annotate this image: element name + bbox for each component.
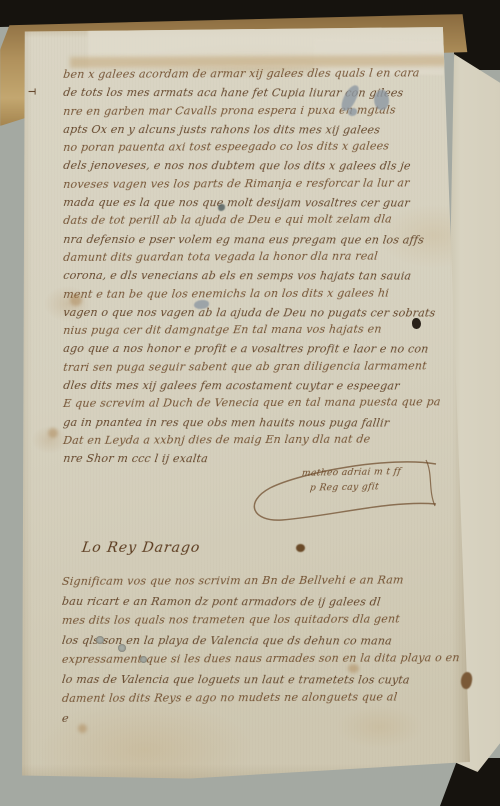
manuscript-line: corona, e dls venecians ab els en semps … — [62, 269, 462, 288]
foxing-spot — [48, 428, 58, 438]
signature-line-2: p Reg cay gfit — [309, 482, 379, 493]
entry-heading: Lo Rey Darago — [81, 540, 202, 556]
manuscript-line: de tots los mes armats aca hane fet Cupi… — [62, 86, 462, 105]
manuscript-line: damunt dits guardan tota vegada la honor… — [62, 249, 462, 269]
signature-flourish — [240, 454, 450, 534]
manuscript-line: nre en garben mar Cavalls prona espera i… — [62, 103, 462, 123]
manuscript-line: ment e tan be que los enemichs la on los… — [62, 286, 462, 306]
manuscript-line: Significam vos que nos scrivim an Bn de … — [61, 570, 463, 591]
manuscript-line: E que screvim al Duch de Venecia que en … — [62, 396, 462, 416]
manuscript-line: e — [61, 709, 463, 729]
manuscript-photo: T ben x galees acordam de armar xij gale… — [0, 0, 500, 806]
manuscript-line: noveses vagen ves los parts de Rimanja e… — [62, 176, 462, 196]
wormhole — [96, 636, 104, 644]
manuscript-line: mes dits los quals nos trameten que los … — [61, 609, 463, 630]
manuscript-page: T ben x galees acordam de armar xij gale… — [18, 24, 470, 780]
manuscript-line: Dat en Leyda a xxbnj dies de maig En lan… — [62, 432, 462, 452]
manuscript-line: nius puga cer dit damgnatge En tal mana … — [62, 322, 462, 342]
ink-blot — [412, 318, 421, 329]
margin-cross-mark: T — [26, 88, 37, 94]
ink-drop-stain — [296, 544, 305, 552]
wormhole — [118, 644, 126, 652]
manuscript-line: dats de tot perill ab la ajuda de Deu e … — [62, 213, 462, 233]
manuscript-line: trari sen puga seguir sabent que ab gran… — [62, 359, 462, 379]
signature-line-1: matheo adriai m t ff — [301, 467, 401, 479]
wormhole — [140, 656, 147, 663]
foxing-spot — [348, 664, 359, 673]
letter-body-text: ben x galees acordam de armar xij galees… — [63, 68, 461, 471]
manuscript-line: dament los dits Reys e ago no mudets ne … — [61, 687, 463, 708]
foxing-spot — [70, 294, 82, 306]
manuscript-line: no poran pauenta axi tost espeegado co l… — [62, 139, 462, 159]
manuscript-line: ben x galees acordam de armar xij galees… — [62, 66, 462, 86]
foxing-spot — [78, 724, 87, 733]
